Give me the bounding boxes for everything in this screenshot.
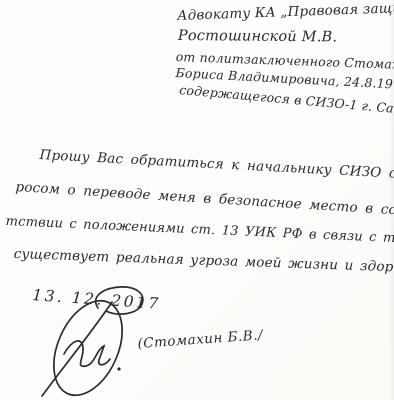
handwritten-letter-page: Адвокату КА „Правовая защита“ Ростошинск… <box>0 0 394 400</box>
body-line: росом о переводе меня в безопасное место… <box>15 179 394 221</box>
body-line: Прошу Вас обратиться к начальнику СИЗО с… <box>39 147 394 184</box>
letter-date: 13. 12. 2017 <box>32 286 162 313</box>
body-line: тствии с положениями ст. 13 УИК РФ в свя… <box>5 214 394 249</box>
header-addressee-line: Адвокату КА „Правовая защита“ <box>177 0 394 24</box>
header-addressee-name: Ростошинской М.В. <box>178 28 337 45</box>
signature-caption: (Стомахин Б.В./ <box>137 327 264 352</box>
body-line: существует реальная угроза моей жизни и … <box>13 246 394 277</box>
